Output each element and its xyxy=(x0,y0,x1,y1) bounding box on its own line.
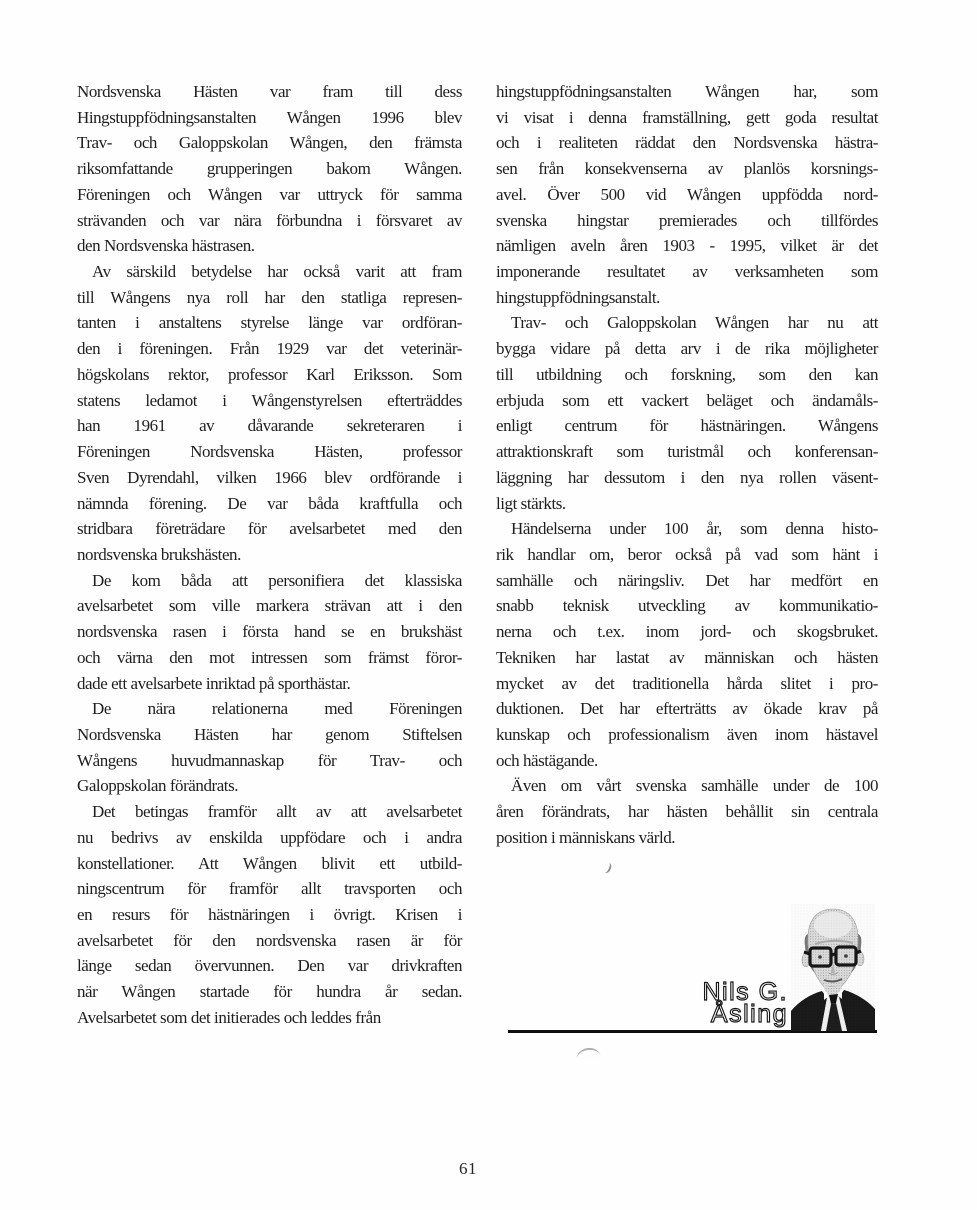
paragraph: Nordsvenska Hästen var fram till dessHin… xyxy=(77,79,462,259)
text-line: nordsvenska brukshästen. xyxy=(77,542,462,568)
text-line: nämnda förening. De var båda kraftfulla … xyxy=(77,491,462,517)
text-line: Föreningen och Wången var uttryck för sa… xyxy=(77,182,462,208)
text-line: avelsarbetet som ville markera strävan a… xyxy=(77,593,462,619)
text-line: Trav- och Galoppskolan Wången har nu att xyxy=(496,310,878,336)
text-line: den i föreningen. Från 1929 var det vete… xyxy=(77,336,462,362)
text-line: ligt stärkts. xyxy=(496,491,878,517)
text-line: rik handlar om, beror också på vad som h… xyxy=(496,542,878,568)
paragraph: De nära relationerna med FöreningenNords… xyxy=(77,696,462,799)
text-line: Även om vårt svenska samhälle under de 1… xyxy=(496,773,878,799)
text-line: nerna och t.ex. inom jord- och skogsbruk… xyxy=(496,619,878,645)
text-line: statens ledamot i Wångenstyrelsen eftert… xyxy=(77,388,462,414)
text-line: De nära relationerna med Föreningen xyxy=(77,696,462,722)
text-line: hingstuppfödningsanstalten Wången har, s… xyxy=(496,79,878,105)
text-line: en resurs för hästnäringen i övrigt. Kri… xyxy=(77,902,462,928)
text-line: Galoppskolan förändrats. xyxy=(77,773,462,799)
text-line: Wångens huvudmannaskap för Trav- och xyxy=(77,748,462,774)
text-line: Nordsvenska Hästen har genom Stiftelsen xyxy=(77,722,462,748)
portrait-photo-image xyxy=(791,904,875,1031)
page-number: 61 xyxy=(459,1159,477,1179)
text-line: dade ett avelsarbete inriktad på sporthä… xyxy=(77,671,462,697)
text-line: sen från konsekvenserna av planlös korsn… xyxy=(496,156,878,182)
text-line: imponerande resultatet av verksamheten s… xyxy=(496,259,878,285)
signature-block: Nils G. Åsling xyxy=(703,981,789,1025)
text-line: Sven Dyrendahl, vilken 1966 blev ordföra… xyxy=(77,465,462,491)
text-line: Händelserna under 100 år, som denna hist… xyxy=(496,516,878,542)
signature-name-line2: Åsling xyxy=(703,1003,789,1025)
text-line: han 1961 av dåvarande sekreteraren i xyxy=(77,413,462,439)
text-line: Trav- och Galoppskolan Wången, den främs… xyxy=(77,130,462,156)
text-line: nämligen aveln åren 1903 - 1995, vilket … xyxy=(496,233,878,259)
paragraph: Trav- och Galoppskolan Wången har nu att… xyxy=(496,310,878,516)
text-line: när Wången startade för hundra år sedan. xyxy=(77,979,462,1005)
text-line: och i realiteten räddat den Nordsvenska … xyxy=(496,130,878,156)
text-line: kunskap och professionalism även inom hä… xyxy=(496,722,878,748)
text-line: vi visat i denna framställning, gett god… xyxy=(496,105,878,131)
text-line: nordsvenska rasen i första hand se en br… xyxy=(77,619,462,645)
text-line: riksomfattande grupperingen bakom Wången… xyxy=(77,156,462,182)
paragraph: De kom båda att personifiera det klassis… xyxy=(77,568,462,697)
text-line: den Nordsvenska hästrasen. xyxy=(77,233,462,259)
text-line: attraktionskraft som turistmål och konfe… xyxy=(496,439,878,465)
right-text-column: hingstuppfödningsanstalten Wången har, s… xyxy=(496,79,878,851)
text-line: läggning har dessutom i den nya rollen v… xyxy=(496,465,878,491)
text-line: Av särskild betydelse har också varit at… xyxy=(77,259,462,285)
text-line: högskolans rektor, professor Karl Erikss… xyxy=(77,362,462,388)
scanned-book-page: Nordsvenska Hästen var fram till dessHin… xyxy=(0,0,977,1210)
text-line: mycket av det traditionella hårda slitet… xyxy=(496,671,878,697)
text-line: till Wångens nya roll har den statliga r… xyxy=(77,285,462,311)
text-line: Det betingas framför allt av att avelsar… xyxy=(77,799,462,825)
text-line: snabb teknisk utveckling av kommunikatio… xyxy=(496,593,878,619)
text-line: enligt centrum för hästnäringen. Wångens xyxy=(496,413,878,439)
text-line: De kom båda att personifiera det klassis… xyxy=(77,568,462,594)
portrait-photo xyxy=(791,904,875,1031)
text-line: samhälle och näringsliv. Det har medfört… xyxy=(496,568,878,594)
text-line: erbjuda som ett vackert beläget och ända… xyxy=(496,388,878,414)
text-line: Föreningen Nordsvenska Hästen, professor xyxy=(77,439,462,465)
text-line: Tekniken har lastat av människan och häs… xyxy=(496,645,878,671)
text-line: stridbara företrädare för avelsarbetet m… xyxy=(77,516,462,542)
text-line: Hingstuppfödningsanstalten Wången 1996 b… xyxy=(77,105,462,131)
paragraph: Det betingas framför allt av att avelsar… xyxy=(77,799,462,1030)
paragraph: Händelserna under 100 år, som denna hist… xyxy=(496,516,878,773)
scan-artifact xyxy=(575,1046,600,1059)
text-line: Nordsvenska Hästen var fram till dess xyxy=(77,79,462,105)
paragraph: Av särskild betydelse har också varit at… xyxy=(77,259,462,568)
text-line: bygga vidare på detta arv i de rika möjl… xyxy=(496,336,878,362)
paragraph: Även om vårt svenska samhälle under de 1… xyxy=(496,773,878,850)
text-line: svenska hingstar premierades och tillför… xyxy=(496,208,878,234)
text-line: Avelsarbetet som det initierades och led… xyxy=(77,1005,462,1031)
text-line: åren förändrats, har hästen behållit sin… xyxy=(496,799,878,825)
text-line: avel. Över 500 vid Wången uppfödda nord- xyxy=(496,182,878,208)
text-line: och hästägande. xyxy=(496,748,878,774)
text-line: konstellationer. Att Wången blivit ett u… xyxy=(77,851,462,877)
text-line: tanten i anstaltens styrelse länge var o… xyxy=(77,310,462,336)
text-line: och värna den mot intressen som främst f… xyxy=(77,645,462,671)
text-line: position i människans värld. xyxy=(496,825,878,851)
text-line: nu bedrivs av enskilda uppfödare och i a… xyxy=(77,825,462,851)
scan-artifact xyxy=(600,861,613,875)
text-line: duktionen. Det har efterträtts av ökade … xyxy=(496,696,878,722)
text-line: ningscentrum för framför allt travsporte… xyxy=(77,876,462,902)
text-line: länge sedan övervunnen. Den var drivkraf… xyxy=(77,953,462,979)
text-line: hingstuppfödningsanstalt. xyxy=(496,285,878,311)
text-line: till utbildning och forskning, som den k… xyxy=(496,362,878,388)
text-line: avelsarbetet för den nordsvenska rasen ä… xyxy=(77,928,462,954)
left-text-column: Nordsvenska Hästen var fram till dessHin… xyxy=(77,79,462,1031)
paragraph: hingstuppfödningsanstalten Wången har, s… xyxy=(496,79,878,310)
text-line: strävanden och var nära förbundna i förs… xyxy=(77,208,462,234)
